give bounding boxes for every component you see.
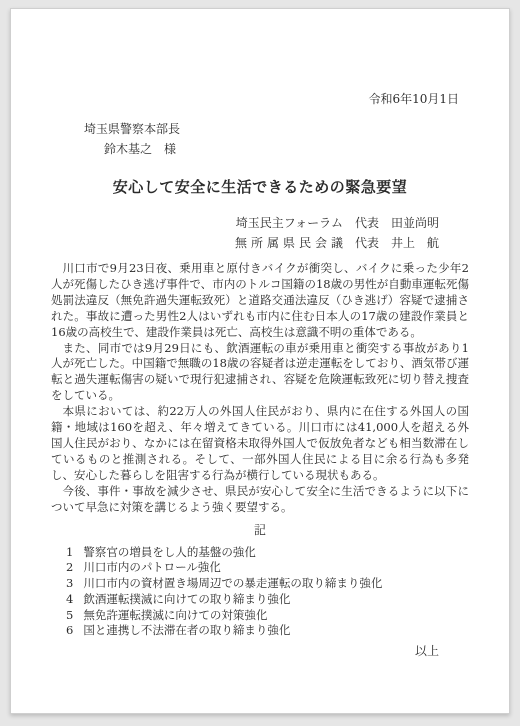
sender-name: 田並尚明 [391, 216, 439, 230]
demand-item: 4飲酒運転撲滅に向けての取り締まり強化 [66, 592, 469, 608]
demand-number: 1 [66, 545, 73, 561]
demand-text: 警察官の増員をし人的基盤の強化 [83, 545, 256, 559]
senders-block: 埼玉民主フォーラム代表田並尚明 無所属県民会議代表井上 航 [51, 213, 469, 253]
document-title: 安心して安全に生活できるための緊急要望 [51, 177, 469, 197]
demand-text: 川口市内の資材置き場周辺での暴走運転の取り締まり強化 [83, 576, 382, 590]
document-page: 令和6年10月1日 埼玉県警察本部長 鈴木基之様 安心して安全に生活できるための… [10, 8, 510, 714]
body-paragraph: 本県においては、約22万人の外国人住民がおり、県内に在住する外国人の国籍・地域は… [51, 404, 469, 484]
demand-number: 6 [66, 623, 73, 639]
recipient-name: 鈴木基之 [104, 142, 152, 156]
document-date: 令和6年10月1日 [51, 91, 469, 107]
sender-org: 無所属県民会議 [235, 233, 343, 253]
demand-number: 3 [66, 576, 73, 592]
demand-item: 5無免許運転撲滅に向けての対策強化 [66, 608, 469, 624]
demand-text: 飲酒運転撲滅に向けての取り締まり強化 [83, 592, 290, 606]
closing-marker: 以上 [51, 643, 469, 659]
body-paragraph: 川口市で9月23日夜、乗用車と原付きバイクが衝突し、バイクに乗った少年2人が死傷… [51, 261, 469, 341]
sender-org: 埼玉民主フォーラム [236, 216, 343, 230]
recipient-name-line: 鈴木基之様 [104, 139, 469, 159]
body-paragraph: また、同市では9月29日にも、飲酒運転の車が乗用車と衝突する事故があり1人が死亡… [51, 341, 469, 405]
record-marker: 記 [51, 522, 469, 538]
recipient-block: 埼玉県警察本部長 鈴木基之様 [51, 119, 469, 159]
recipient-honorific: 様 [164, 142, 176, 156]
document-viewer: { "doc": { "date": "令和6年10月1日", "recipie… [0, 0, 520, 726]
demand-text: 川口市内のパトロール強化 [83, 560, 221, 574]
demand-item: 6国と連携し不法滞在者の取り締まり強化 [66, 623, 469, 639]
demand-item: 1警察官の増員をし人的基盤の強化 [66, 545, 469, 561]
body-paragraph: 今後、事件・事故を減少させ、県民が安心して安全に生活できるように以下について早急… [51, 484, 469, 516]
demands-list: 1警察官の増員をし人的基盤の強化 2川口市内のパトロール強化 3川口市内の資材置… [51, 545, 469, 640]
demand-item: 3川口市内の資材置き場周辺での暴走運転の取り締まり強化 [66, 576, 469, 592]
demand-text: 国と連携し不法滞在者の取り締まり強化 [83, 623, 290, 637]
recipient-title: 埼玉県警察本部長 [84, 119, 469, 139]
sender-line-2: 無所属県民会議代表井上 航 [51, 233, 439, 253]
demand-number: 2 [66, 560, 73, 576]
sender-role: 代表 [355, 216, 379, 230]
demand-item: 2川口市内のパトロール強化 [66, 560, 469, 576]
sender-role: 代表 [355, 236, 379, 250]
document-body: 川口市で9月23日夜、乗用車と原付きバイクが衝突し、バイクに乗った少年2人が死傷… [51, 261, 469, 516]
demand-number: 4 [66, 592, 73, 608]
demand-number: 5 [66, 608, 73, 624]
sender-line-1: 埼玉民主フォーラム代表田並尚明 [51, 213, 439, 233]
sender-name: 井上 航 [391, 236, 439, 250]
demand-text: 無免許運転撲滅に向けての対策強化 [83, 608, 267, 622]
